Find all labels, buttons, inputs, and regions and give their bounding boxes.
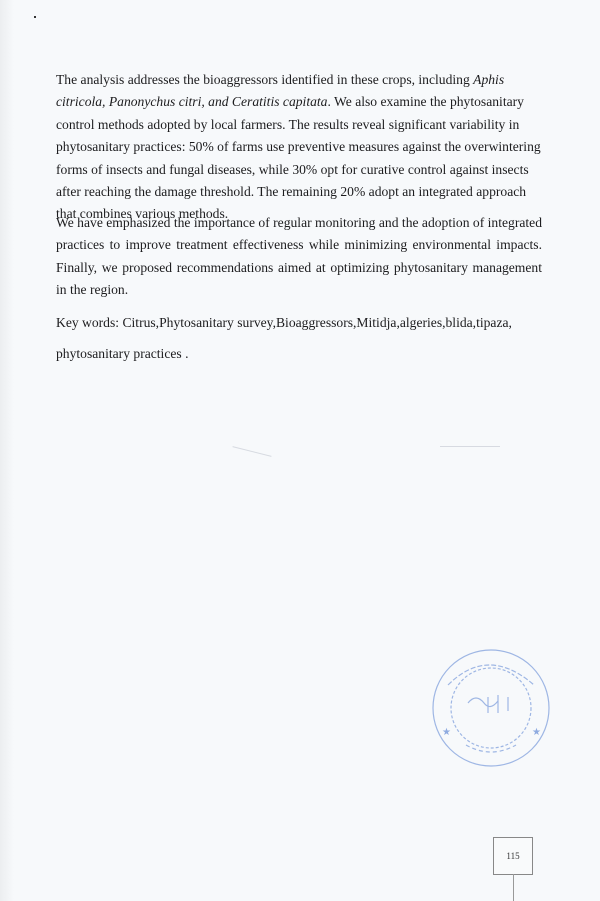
svg-text:★: ★ bbox=[442, 727, 451, 738]
scan-page-edge bbox=[0, 0, 14, 901]
abstract-paragraph-1: The analysis addresses the bioaggressors… bbox=[56, 69, 542, 226]
abstract-paragraph-2: We have emphasized the importance of reg… bbox=[56, 212, 542, 302]
pen-mark bbox=[440, 446, 500, 447]
svg-text:★: ★ bbox=[532, 727, 541, 738]
paragraph-1-intro: The analysis addresses the bioaggressors… bbox=[56, 72, 473, 87]
page-number: 115 bbox=[506, 851, 519, 861]
paragraph-1-rest: . We also examine the phytosanitary cont… bbox=[56, 94, 541, 221]
page-number-line bbox=[513, 874, 514, 901]
page-number-box: 115 bbox=[493, 837, 533, 875]
keywords-line-1: Key words: Citrus,Phytosanitary survey,B… bbox=[56, 312, 542, 334]
scan-speck bbox=[34, 16, 36, 18]
pen-mark bbox=[232, 446, 271, 457]
keywords-line-2: phytosanitary practices . bbox=[56, 343, 542, 365]
official-stamp-icon: ★ ★ bbox=[428, 645, 554, 771]
